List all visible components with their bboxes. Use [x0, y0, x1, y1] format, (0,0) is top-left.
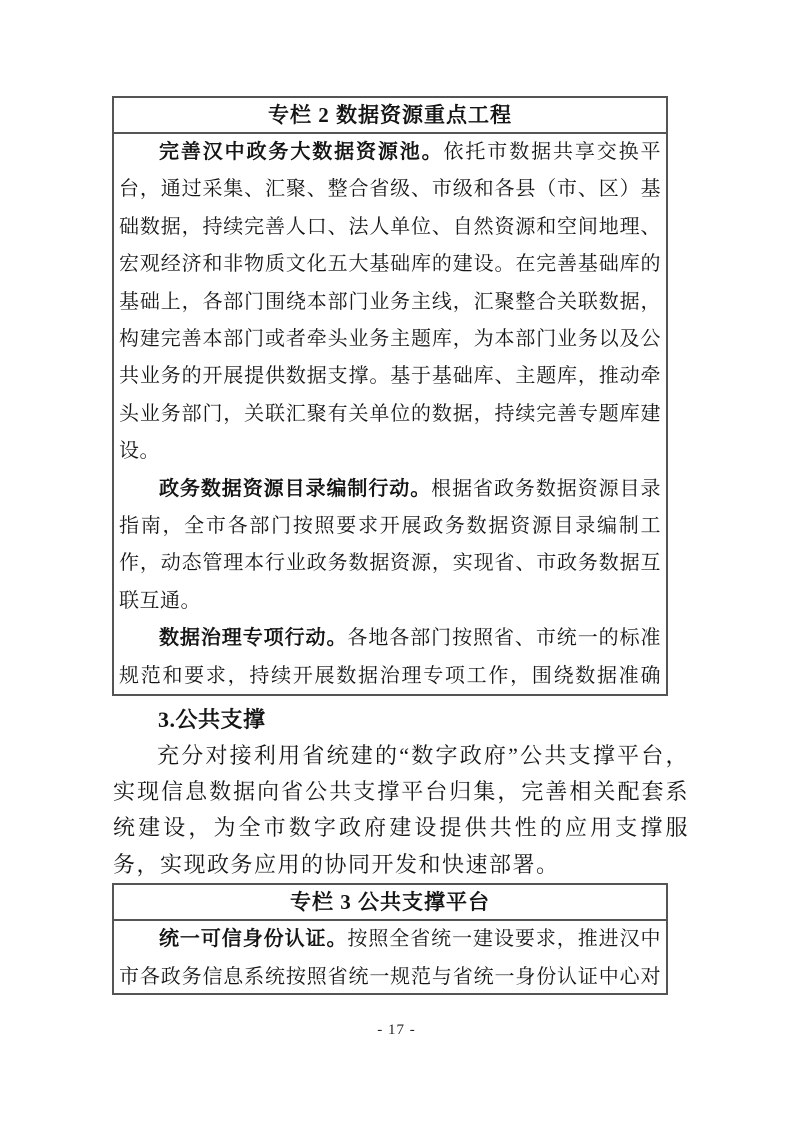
panel-column3-paragraph-1: 统一可信身份认证。按照全省统一建设要求，推进汉中市各政务信息系统按照省统一规范与… [119, 921, 661, 995]
panel-column3-title: 专栏 3 公共支撑平台 [114, 885, 666, 921]
panel-column2-paragraph-2: 政务数据资源目录编制行动。根据省政务数据资源目录指南，全市各部门按照要求开展政务… [119, 471, 661, 621]
section-paragraph-public-support: 充分对接利用省统建的“数字政府”公共支撑平台，实现信息数据向省公共支撑平台归集，… [113, 738, 689, 883]
panel-column2-paragraph-1: 完善汉中政务大数据资源池。依托市数据共享交换平台，通过采集、汇聚、整合省级、市级… [119, 134, 661, 471]
panel-column2: 专栏 2 数据资源重点工程 完善汉中政务大数据资源池。依托市数据共享交换平台，通… [112, 96, 668, 696]
panel-column2-title: 专栏 2 数据资源重点工程 [114, 98, 666, 134]
panel-column3: 专栏 3 公共支撑平台 统一可信身份认证。按照全省统一建设要求，推进汉中市各政务… [112, 883, 668, 995]
section-heading-public-support: 3.公共支撑 [158, 703, 266, 734]
page-number: - 17 - [0, 1022, 793, 1039]
paragraph-lead: 政务数据资源目录编制行动。 [159, 478, 431, 500]
paragraph-lead: 完善汉中政务大数据资源池。 [159, 141, 444, 163]
panel-column2-paragraph-3: 数据治理专项行动。各地各部门按照省、市统一的标准规范和要求，持续开展数据治理专项… [119, 620, 661, 696]
paragraph-lead: 数据治理专项行动。 [159, 627, 347, 649]
document-page: 专栏 2 数据资源重点工程 完善汉中政务大数据资源池。依托市数据共享交换平台，通… [0, 0, 793, 1122]
paragraph-lead: 统一可信身份认证。 [159, 928, 347, 950]
panel-column3-body: 统一可信身份认证。按照全省统一建设要求，推进汉中市各政务信息系统按照省统一规范与… [114, 921, 666, 995]
paragraph-text: 依托市数据共享交换平台，通过采集、汇聚、整合省级、市级和各县（市、区）基础数据，… [119, 141, 661, 462]
panel-column2-body: 完善汉中政务大数据资源池。依托市数据共享交换平台，通过采集、汇聚、整合省级、市级… [114, 134, 666, 696]
